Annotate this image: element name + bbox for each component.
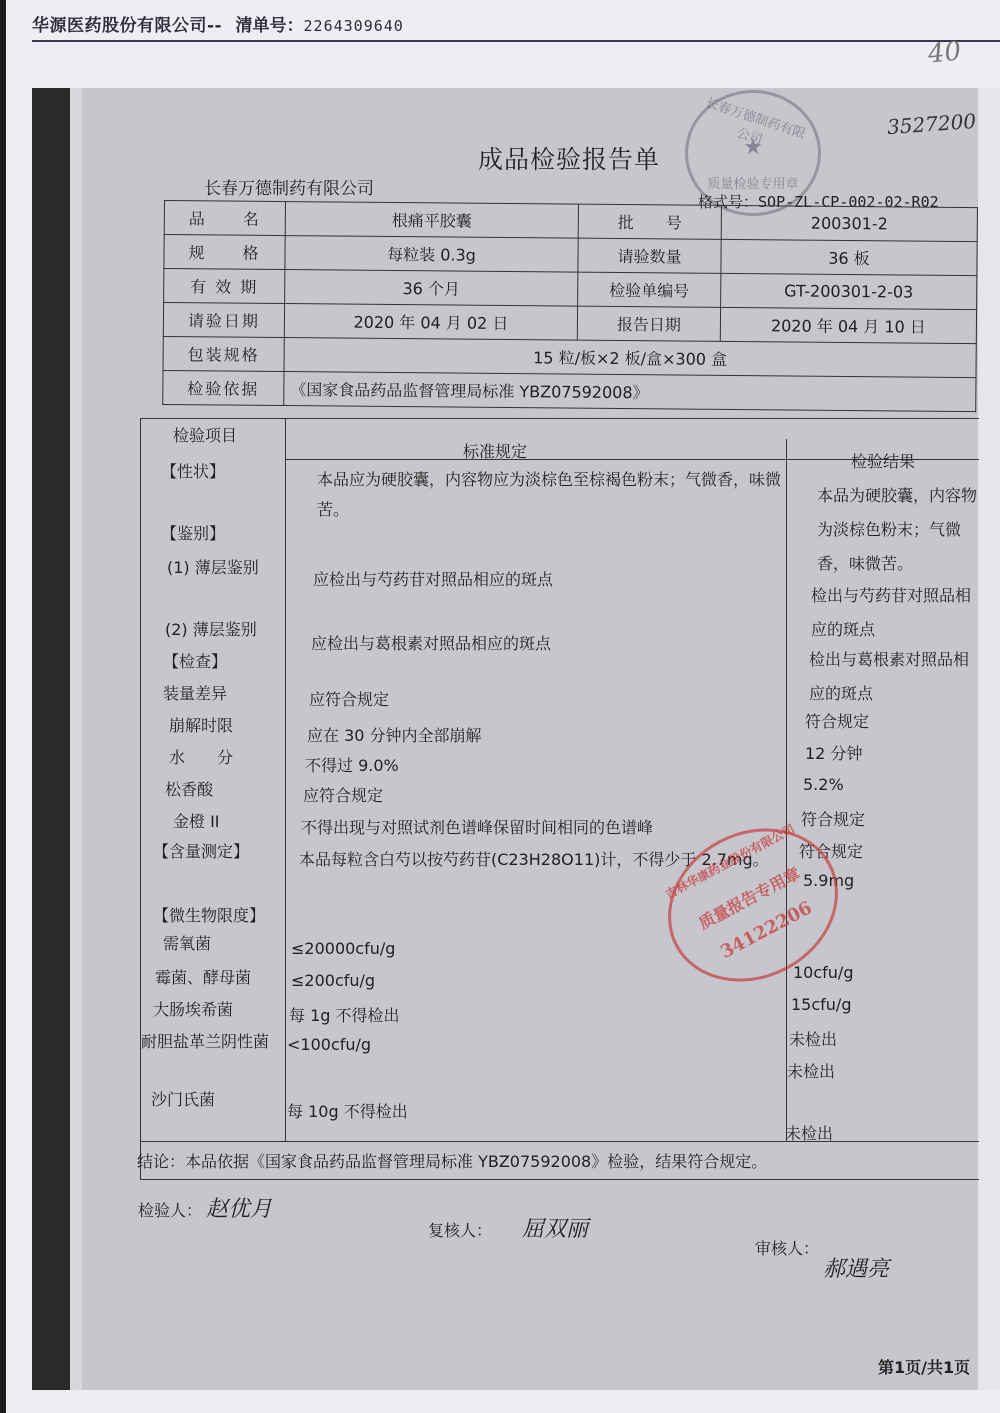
list-no-label: 清单号：	[236, 16, 304, 36]
test-item: 【检查】	[163, 649, 227, 672]
test-standard: 应符合规定	[303, 783, 383, 806]
qty-value: 36 板	[721, 239, 977, 275]
star-icon: ★	[688, 135, 818, 160]
handwritten-page-number: 40	[927, 36, 963, 69]
approver-label: 审核人：	[755, 1239, 819, 1258]
test-standard: 本品应为硬胶囊，内容物应为淡棕色至棕褐色粉末；气微香，味微苦。	[317, 465, 787, 525]
page-header: 华源医药股份有限公司-- 清单号：2264309640	[32, 14, 1000, 42]
test-standard: 应检出与芍药苷对照品相应的斑点	[313, 567, 553, 590]
validity-value: 36 个月	[285, 270, 578, 307]
request-date-value: 2020 年 04 月 02 日	[284, 304, 577, 341]
scan-border	[70, 88, 82, 1390]
test-item: 崩解时限	[169, 713, 233, 736]
test-result: 10cfu/g	[793, 963, 853, 982]
test-item: (2) 薄层鉴别	[165, 617, 257, 640]
report-no-value: GT-200301-2-03	[721, 273, 977, 309]
test-results-table: 检验项目 标准规定 检验结果 【性状】 本品应为硬胶囊，内容物应为淡棕色至棕褐色…	[140, 418, 979, 1180]
reviewer-label: 复核人：	[428, 1221, 492, 1240]
packaging-label: 包装规格	[163, 336, 284, 371]
test-item: (1) 薄层鉴别	[167, 555, 259, 578]
inspector-label: 检验人：	[138, 1201, 202, 1220]
manufacturer-name: 长春万德制药有限公司	[204, 174, 374, 199]
approver-name: 郝遇亮	[823, 1257, 889, 1282]
approver-signature: 审核人：郝遇亮	[755, 1230, 889, 1261]
stamp-text-bottom: 质量检验专用章	[688, 173, 818, 192]
reviewer-name: 屈双丽	[522, 1217, 588, 1242]
spec-label: 规 格	[164, 235, 285, 270]
scan-shadow	[32, 88, 70, 1390]
test-item: 【含量测定】	[153, 839, 249, 862]
reviewer-signature: 复核人：屈双丽	[428, 1212, 588, 1243]
validity-label: 有 效 期	[164, 269, 285, 304]
test-standard: 每 10g 不得检出	[287, 1099, 408, 1122]
test-standard: ≤200cfu/g	[291, 971, 375, 990]
spec-value: 每粒装 0.3g	[285, 236, 578, 273]
test-result: 未检出	[787, 1059, 835, 1082]
distributor-name: 华源医药股份有限公司--	[32, 16, 222, 36]
inspector-name: 赵优月	[206, 1197, 272, 1222]
test-result: 本品为硬胶囊，内容物为淡棕色粉末；气微香，味微苦。	[817, 479, 979, 583]
column-divider	[285, 419, 286, 1141]
col-header-standard: 标准规定	[463, 439, 527, 462]
test-standard: 应符合规定	[309, 687, 389, 710]
test-standard: 应检出与葛根素对照品相应的斑点	[311, 631, 551, 654]
column-divider	[786, 439, 787, 1141]
test-result: 符合规定	[805, 709, 869, 732]
qty-label: 请验数量	[578, 238, 721, 273]
batch-number: 200301-2	[721, 205, 977, 241]
test-result: 12 分钟	[805, 741, 862, 764]
test-item: 金橙 II	[173, 809, 220, 832]
test-result: 未检出	[785, 1121, 833, 1144]
test-item: 需氧菌	[163, 931, 211, 954]
document-title: 成品检验报告单	[478, 140, 660, 176]
basis-value: 《国家食品药品监督管理局标准 YBZ07592008》	[284, 372, 976, 412]
test-standard: 应在 30 分钟内全部崩解	[307, 723, 482, 746]
col-header-result: 检验结果	[851, 449, 915, 472]
test-item: 大肠埃希菌	[153, 997, 233, 1020]
test-standard: 每 1g 不得检出	[289, 1003, 400, 1026]
request-date-label: 请验日期	[163, 303, 284, 338]
page-indicator: 第1页/共1页	[878, 1355, 970, 1378]
test-item: 装量差异	[163, 681, 227, 704]
test-item: 【微生物限度】	[153, 903, 265, 926]
basis-label: 检验依据	[163, 370, 284, 405]
conclusion-divider	[141, 1141, 979, 1142]
test-standard: <100cfu/g	[287, 1035, 371, 1054]
test-item: 霉菌、酵母菌	[155, 965, 251, 988]
test-result: 15cfu/g	[791, 995, 851, 1014]
test-standard: 不得过 9.0%	[305, 753, 399, 776]
col-header-item: 检验项目	[173, 423, 237, 446]
product-name: 根痛平胶囊	[285, 202, 578, 239]
test-result: 5.2%	[803, 775, 844, 794]
test-item: 松香酸	[165, 777, 213, 800]
scan-edge	[0, 0, 6, 1413]
test-result: 符合规定	[801, 807, 865, 830]
test-item: 【鉴别】	[161, 521, 225, 544]
test-item: 沙门氏菌	[151, 1087, 215, 1110]
product-name-label: 品 名	[164, 201, 285, 236]
page-margin	[978, 88, 1000, 1390]
test-item: 水 分	[169, 745, 233, 768]
test-result: 检出与芍药苷对照品相应的斑点	[811, 579, 979, 647]
conclusion: 结论：本品依据《国家食品药品监督管理局标准 YBZ07592008》检验，结果符…	[137, 1149, 767, 1172]
info-row: 检验依据 《国家食品药品监督管理局标准 YBZ07592008》	[163, 370, 976, 411]
report-date-label: 报告日期	[577, 306, 720, 341]
report-date-value: 2020 年 04 月 10 日	[720, 307, 976, 343]
product-info-table: 品 名 根痛平胶囊 批 号 200301-2 规 格 每粒装 0.3g 请验数量…	[162, 200, 978, 412]
report-no-label: 检验单编号	[578, 272, 721, 307]
list-no: 2264309640	[304, 17, 404, 35]
test-result: 未检出	[789, 1027, 837, 1050]
batch-label: 批 号	[578, 204, 721, 239]
test-item: 耐胆盐革兰阴性菌	[141, 1027, 281, 1057]
test-item: 【性状】	[161, 459, 225, 482]
test-standard: ≤20000cfu/g	[291, 939, 395, 958]
inspector-signature: 检验人：赵优月	[138, 1192, 272, 1223]
test-result: 检出与葛根素对照品相应的斑点	[809, 643, 979, 711]
test-standard: 不得出现与对照试剂色谱峰保留时间相同的色谱峰	[301, 815, 653, 838]
